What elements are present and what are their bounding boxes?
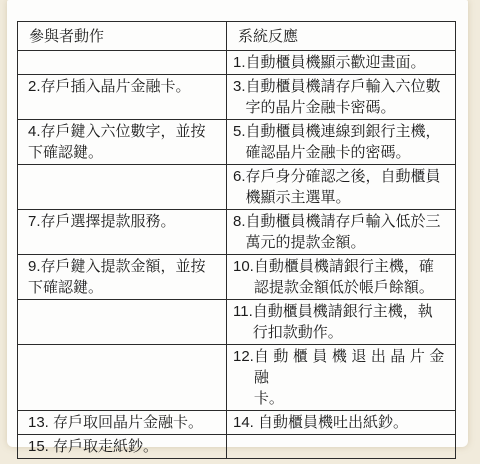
step-number: 3. (233, 76, 246, 97)
system-response-text: 自動櫃員機顯示歡迎畫面。 (246, 52, 451, 73)
table-row: 1. 自動櫃員機顯示歡迎畫面。 (18, 51, 456, 75)
system-response-cell: 10. 自動櫃員機請銀行主機，確 認提款金額低於帳戶餘額。 (227, 255, 456, 300)
system-response-cell: 11. 自動櫃員機請銀行主機，執 行扣款動作。 (227, 300, 456, 345)
system-response-cell: 6. 存戶身分確認之後，自動櫃員 機顯示主選單。 (227, 165, 456, 210)
system-response-cell: 8. 自動櫃員機請存戶輸入低於三 萬元的提款金額。 (227, 210, 456, 255)
actor-action-text: 15. 存戶取走紙鈔。 (28, 436, 220, 457)
use-case-table: 參與者動作 系統反應 1. 自動櫃員機顯示歡迎畫面。 2.存戶插入晶片金融卡。 … (17, 21, 456, 459)
actor-action-text: 13. 存戶取回晶片金融卡。 (28, 412, 220, 433)
actor-action-cell (18, 165, 227, 210)
step-number: 6. (233, 166, 246, 187)
system-response-cell: 5. 自動櫃員機連線到銀行主機， 確認晶片金融卡的密碼。 (227, 120, 456, 165)
system-response-text: 自動櫃員機請存戶輸入六位數 字的晶片金融卡密碼。 (246, 76, 451, 118)
table-row: 13. 存戶取回晶片金融卡。 14. 自動櫃員機吐出紙鈔。 (18, 411, 456, 435)
system-response-text: 自動櫃員機退出晶片金融 卡。 (254, 346, 451, 409)
system-response-text: 存戶身分確認之後，自動櫃員 機顯示主選單。 (246, 166, 451, 208)
actor-action-cell: 7.存戶選擇提款服務。 (18, 210, 227, 255)
actor-action-cell (18, 51, 227, 75)
system-response-cell: 14. 自動櫃員機吐出紙鈔。 (227, 411, 456, 435)
actor-action-cell: 9.存戶鍵入提款金額，並按 下確認鍵。 (18, 255, 227, 300)
step-number: 5. (233, 121, 246, 142)
actor-action-text: 4.存戶鍵入六位數字，並按 下確認鍵。 (28, 121, 220, 163)
column-header-actor-actions: 參與者動作 (18, 22, 227, 51)
table-row: 12. 自動櫃員機退出晶片金融 卡。 (18, 345, 456, 411)
table-header-row: 參與者動作 系統反應 (18, 22, 456, 51)
table-row: 2.存戶插入晶片金融卡。 3. 自動櫃員機請存戶輸入六位數 字的晶片金融卡密碼。 (18, 75, 456, 120)
actor-action-cell: 2.存戶插入晶片金融卡。 (18, 75, 227, 120)
table-row: 6. 存戶身分確認之後，自動櫃員 機顯示主選單。 (18, 165, 456, 210)
step-number: 10. (233, 256, 254, 277)
table-row: 4.存戶鍵入六位數字，並按 下確認鍵。 5. 自動櫃員機連線到銀行主機， 確認晶… (18, 120, 456, 165)
system-response-text: 自動櫃員機請銀行主機，確 認提款金額低於帳戶餘額。 (254, 256, 451, 298)
actor-action-cell (18, 300, 227, 345)
actor-action-cell: 13. 存戶取回晶片金融卡。 (18, 411, 227, 435)
actor-action-text: 9.存戶鍵入提款金額，並按 下確認鍵。 (28, 256, 220, 298)
step-number: 14. (233, 412, 258, 433)
system-response-cell: 1. 自動櫃員機顯示歡迎畫面。 (227, 51, 456, 75)
table-row: 15. 存戶取走紙鈔。 (18, 435, 456, 459)
actor-action-cell: 4.存戶鍵入六位數字，並按 下確認鍵。 (18, 120, 227, 165)
actor-action-text: 2.存戶插入晶片金融卡。 (28, 76, 220, 97)
step-number: 8. (233, 211, 246, 232)
system-response-cell: 12. 自動櫃員機退出晶片金融 卡。 (227, 345, 456, 411)
system-response-cell (227, 435, 456, 459)
column-header-system-response: 系統反應 (227, 22, 456, 51)
document-page: 參與者動作 系統反應 1. 自動櫃員機顯示歡迎畫面。 2.存戶插入晶片金融卡。 … (7, 0, 468, 447)
system-response-text: 自動櫃員機吐出紙鈔。 (258, 412, 451, 433)
step-number: 12. (233, 346, 254, 367)
step-number: 11. (233, 301, 253, 322)
table-row: 7.存戶選擇提款服務。 8. 自動櫃員機請存戶輸入低於三 萬元的提款金額。 (18, 210, 456, 255)
table-row: 11. 自動櫃員機請銀行主機，執 行扣款動作。 (18, 300, 456, 345)
system-response-text: 自動櫃員機連線到銀行主機， 確認晶片金融卡的密碼。 (246, 121, 451, 163)
system-response-cell: 3. 自動櫃員機請存戶輸入六位數 字的晶片金融卡密碼。 (227, 75, 456, 120)
actor-action-cell: 15. 存戶取走紙鈔。 (18, 435, 227, 459)
table-row: 9.存戶鍵入提款金額，並按 下確認鍵。 10. 自動櫃員機請銀行主機，確 認提款… (18, 255, 456, 300)
actor-action-cell (18, 345, 227, 411)
system-response-text: 自動櫃員機請存戶輸入低於三 萬元的提款金額。 (246, 211, 451, 253)
actor-action-text: 7.存戶選擇提款服務。 (28, 211, 220, 232)
system-response-text: 自動櫃員機請銀行主機，執 行扣款動作。 (253, 301, 451, 343)
step-number: 1. (233, 52, 246, 73)
